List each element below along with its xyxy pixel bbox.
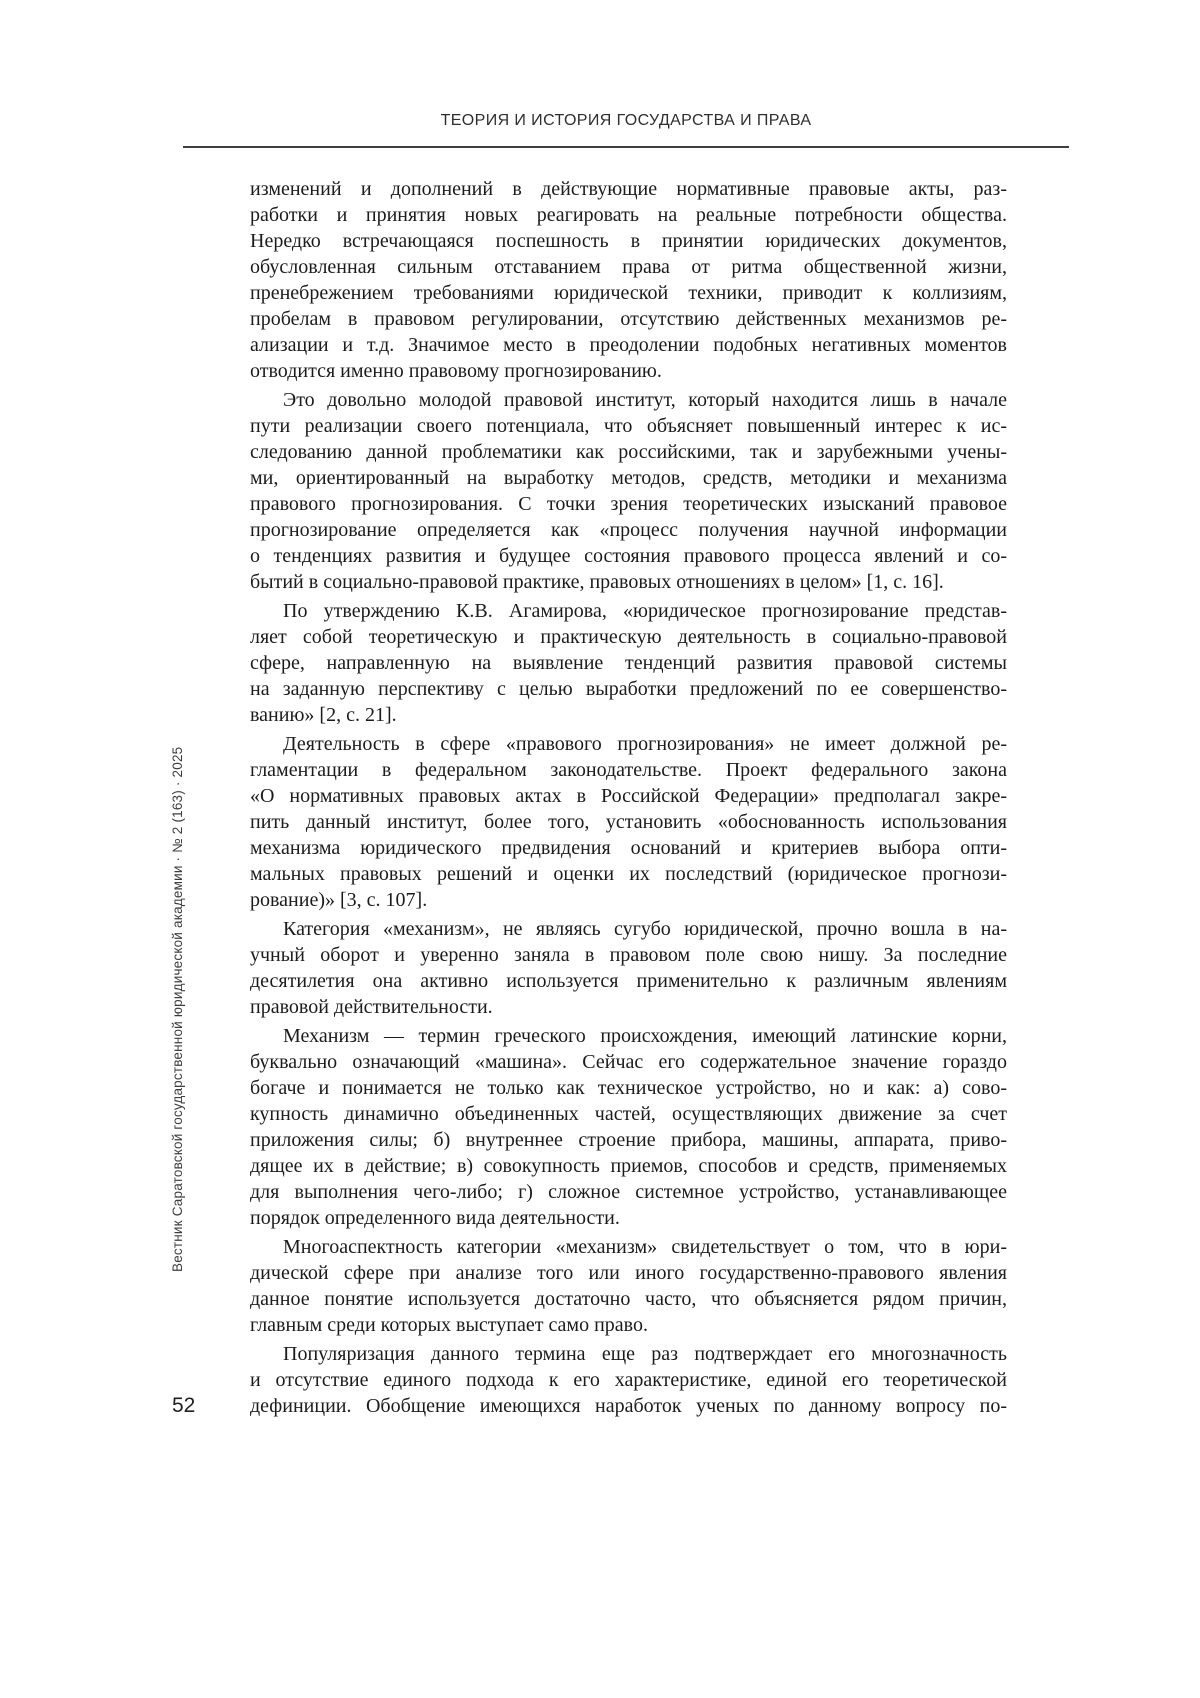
paragraph: Категория «механизм», не являясь сугубо … [250,916,1007,1020]
paragraph: Механизм — термин греческого происхожден… [250,1023,1007,1231]
text-line: ализации и т.д. Значимое место в преодол… [250,332,1007,358]
text-line: отводится именно правовому прогнозирован… [250,358,1007,384]
text-line: купность динамично объединенных частей, … [250,1101,1007,1127]
text-line: данное понятие используется достаточно ч… [250,1286,1007,1312]
text-line: Многоаспектность категории «механизм» св… [250,1234,1007,1260]
text-line: на заданную перспективу с целью выработк… [250,676,1007,702]
text-line: для выполнения чего-либо; г) сложное сис… [250,1179,1007,1205]
text-line: прогнозирование определяется как «процес… [250,517,1007,543]
text-line: дефиниции. Обобщение имеющихся наработок… [250,1393,1007,1419]
text-line: обусловленная сильным отставанием права … [250,254,1007,280]
text-line: пить данный институт, более того, устано… [250,809,1007,835]
text-line: Деятельность в сфере «правового прогнози… [250,731,1007,757]
paragraph: По утверждению К.В. Агамирова, «юридичес… [250,598,1007,728]
text-line: По утверждению К.В. Агамирова, «юридичес… [250,598,1007,624]
text-line: правовой действительности. [250,994,1007,1020]
text-line: учный оборот и уверенно заняла в правово… [250,942,1007,968]
text-line: десятилетия она активно используется при… [250,968,1007,994]
text-line: гламентации в федеральном законодательст… [250,757,1007,783]
text-line: бытий в социально-правовой практике, пра… [250,569,1007,595]
text-line: порядок определенного вида деятельности. [250,1205,1007,1231]
text-line: механизма юридического предвидения основ… [250,835,1007,861]
text-line: мальных правовых решений и оценки их пос… [250,861,1007,887]
text-line: изменений и дополнений в действующие нор… [250,176,1007,202]
text-line: ляет собой теоретическую и практическую … [250,624,1007,650]
text-line: правового прогнозирования. С точки зрени… [250,491,1007,517]
page-number: 52 [172,1394,195,1418]
journal-page: ТЕОРИЯ И ИСТОРИЯ ГОСУДАРСТВА И ПРАВА Вес… [0,0,1200,1698]
text-line: ванию» [2, с. 21]. [250,702,1007,728]
text-line: буквально означающий «машина». Сейчас ег… [250,1049,1007,1075]
paragraph: Деятельность в сфере «правового прогнози… [250,731,1007,913]
text-line: главным среди которых выступает само пра… [250,1312,1007,1338]
paragraph: изменений и дополнений в действующие нор… [250,176,1007,384]
text-line: и отсутствие единого подхода к его харак… [250,1367,1007,1393]
text-line: дической сфере при анализе того или иног… [250,1260,1007,1286]
text-line: Нередко встречающаяся поспешность в прин… [250,228,1007,254]
text-line: дящее их в действие; в) совокупность при… [250,1153,1007,1179]
text-line: работки и принятия новых реагировать на … [250,202,1007,228]
text-line: Механизм — термин греческого происхожден… [250,1023,1007,1049]
text-line: о тенденциях развития и будущее состояни… [250,543,1007,569]
body-text: изменений и дополнений в действующие нор… [250,176,1007,1419]
text-line: рование)» [3, с. 107]. [250,887,1007,913]
header-rule [183,146,1069,148]
paragraph: Популяризация данного термина еще раз по… [250,1341,1007,1419]
journal-sidebar-text: Вестник Саратовской государственной юрид… [170,747,185,1272]
paragraph: Многоаспектность категории «механизм» св… [250,1234,1007,1338]
text-line: сфере, направленную на выявление тенденц… [250,650,1007,676]
text-line: богаче и понимается не только как технич… [250,1075,1007,1101]
text-line: пробелам в правовом регулировании, отсут… [250,306,1007,332]
text-line: Популяризация данного термина еще раз по… [250,1341,1007,1367]
text-line: следованию данной проблематики как росси… [250,439,1007,465]
text-line: ми, ориентированный на выработку методов… [250,465,1007,491]
text-line: пути реализации своего потенциала, что о… [250,413,1007,439]
text-line: Это довольно молодой правовой институт, … [250,387,1007,413]
text-line: «О нормативных правовых актах в Российск… [250,783,1007,809]
paragraph: Это довольно молодой правовой институт, … [250,387,1007,595]
text-line: пренебрежением требованиями юридической … [250,280,1007,306]
running-header: ТЕОРИЯ И ИСТОРИЯ ГОСУДАРСТВА И ПРАВА [183,112,1069,130]
text-line: Категория «механизм», не являясь сугубо … [250,916,1007,942]
text-line: приложения силы; б) внутреннее строение … [250,1127,1007,1153]
